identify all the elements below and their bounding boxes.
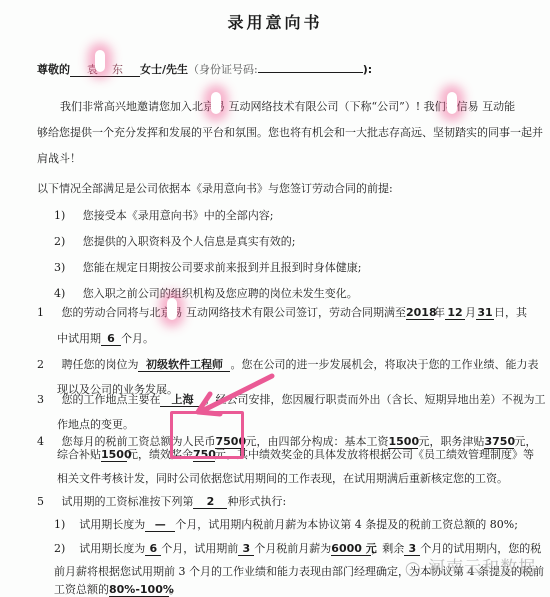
clause-text: 您的工作地点主要在 xyxy=(61,393,160,406)
condition-number: 4) xyxy=(54,287,65,300)
probation-months: 6 xyxy=(101,332,121,346)
salutation-prefix: 尊敬的 xyxy=(37,63,70,76)
conditions-heading: 以下情况全部满足是公司依据本《录用意向书》与您签订劳动合同的前提: xyxy=(37,182,393,196)
clause-number: 4 xyxy=(37,435,44,448)
clause-4-line-1: 4 您每月的税前工资总额为人民币7500元，由四部分构成：基本工资1500元，职… xyxy=(37,435,536,449)
first-months-field: 3 xyxy=(238,542,254,556)
first-salary-field: 6000 元 xyxy=(331,542,371,556)
redaction-blur xyxy=(211,92,221,114)
clause-3-line-2: 作地点的变更。 xyxy=(57,418,134,432)
condition-item: 2) 您提供的入职资料及个人信息是真实有效的; xyxy=(54,235,296,249)
clause-text: 试用期的工资标准按下列第 xyxy=(61,495,193,508)
watermark-text: 河南云和数据 xyxy=(428,558,536,578)
condition-text: 您提供的入职资料及个人信息是真实有效的; xyxy=(83,235,296,248)
option-2-length-field: 6 xyxy=(145,542,161,556)
clause-1-line-1: 1 您的劳动合同将与北京易 互动网络技术有限公司签订，劳动合同期满至2018年1… xyxy=(37,306,527,320)
option-text: 个月，试用期内税前月薪为本协议第 4 条提及的税前工资总额的 80%; xyxy=(175,518,518,531)
clause-1-line-2: 中试用期6个月。 xyxy=(57,332,154,346)
clause-text: 综合补贴 xyxy=(57,448,101,461)
gender-label: 女士/先生 xyxy=(140,63,188,76)
condition-text: 您入职之前公司的组织机构及您应聘的岗位未发生变化。 xyxy=(83,287,358,300)
clause-number: 5 xyxy=(37,495,44,508)
option-1-length-field: — xyxy=(145,518,175,532)
contract-end-year: 2018 xyxy=(406,306,434,320)
clause-5-option-2-line-3: 工资总额的80%-100%。 xyxy=(54,583,180,597)
contract-end-month: 12 xyxy=(445,306,465,320)
option-text: ，剩余 xyxy=(371,542,404,555)
clause-2-line-1: 2 聘任您的岗位为初级软件工程师。您在公司的进一步发展机会，将取决于您的工作业绩… xyxy=(37,358,538,372)
clause-5-line-1: 5 试用期的工资标准按下列第2种形式执行: xyxy=(37,495,286,509)
clause-3-line-1: 3 您的工作地点主要在上海。经公司安排，您因履行职责而外出（含长、短期异地出差）… xyxy=(37,393,545,407)
option-text: 试用期长度为 xyxy=(79,518,145,531)
contract-end-day: 31 xyxy=(476,306,494,320)
watermark: ◯ 河南云和数据 xyxy=(405,553,536,578)
condition-text: 您能在规定日期按公司要求前来报到并且报到时身体健康; xyxy=(83,261,362,274)
clause-text: 您的劳动合同将与北京易 互动网络技术有限公司签订，劳动合同期满至 xyxy=(61,306,406,319)
redaction-blur xyxy=(447,92,457,114)
day-unit: 日，其 xyxy=(494,306,527,319)
clause-text: 聘任您的岗位为 xyxy=(61,358,138,371)
year-unit: 年 xyxy=(434,306,445,319)
redaction-blur xyxy=(95,50,105,72)
month-unit: 月 xyxy=(465,306,476,319)
clause-number: 1 xyxy=(37,306,44,319)
offer-letter-page: 录用意向书 尊敬的袁 东女士/先生（身份证号码:): 我们非常高兴地邀请您加入北… xyxy=(0,0,550,597)
clause-4-line-2: 综合补贴1500元，绩效奖金750元。其中绩效奖金的具体发放将根据公司《员工绩效… xyxy=(57,448,534,462)
document-title: 录用意向书 xyxy=(0,10,550,33)
intro-line-3: 肩战斗！ xyxy=(37,152,81,166)
condition-number: 3) xyxy=(54,261,65,274)
clause-text: 元，由四部分构成：基本工资 xyxy=(245,435,388,448)
base-salary-field: 1500 xyxy=(388,435,418,449)
condition-text: 您接受本《录用意向书》中的全部内容; xyxy=(83,209,274,222)
wechat-icon: ◯ xyxy=(405,561,422,577)
condition-item: 3) 您能在规定日期按公司要求前来报到并且报到时身体健康; xyxy=(54,261,362,275)
redaction-blur xyxy=(167,298,177,320)
clause-number: 3 xyxy=(37,393,44,406)
clause-text: 元，职务津贴 xyxy=(418,435,484,448)
salutation-line: 尊敬的袁 东女士/先生（身份证号码:): xyxy=(37,63,372,77)
option-text: 。 xyxy=(169,583,180,596)
subsidy-field: 1500 xyxy=(101,448,127,462)
salary-highlight-box xyxy=(170,411,244,459)
clause-text: 种形式执行: xyxy=(227,495,286,508)
allowance-field: 3750 xyxy=(484,435,514,449)
position-field: 初级软件工程师 xyxy=(138,358,230,372)
clause-number: 2 xyxy=(37,358,44,371)
clause-text: 个月。 xyxy=(121,332,154,345)
condition-number: 1) xyxy=(54,209,65,222)
id-number-field xyxy=(258,72,363,73)
clause-4-line-3: 相关文件考核计发，同时公司依据您试用期间的工作表现，在试用期满后重新核定您的工资… xyxy=(57,472,508,486)
condition-item: 1) 您接受本《录用意向书》中的全部内容; xyxy=(54,209,274,223)
option-text: 试用期长度为 xyxy=(79,542,145,555)
clause-text: 。您在公司的进一步发展机会，将取决于您的工作业绩、能力表 xyxy=(230,358,538,371)
clause-text: 元， xyxy=(514,435,536,448)
id-close: ): xyxy=(363,63,372,76)
option-text: 个月，试用期前 xyxy=(161,542,238,555)
option-text: 工资总额的 xyxy=(54,583,109,596)
condition-item: 4) 您入职之前公司的组织机构及您应聘的岗位未发生变化。 xyxy=(54,287,358,301)
clause-text: 中试用期 xyxy=(57,332,101,345)
salary-range-field: 80%-100% xyxy=(109,583,169,597)
recipient-name-field: 袁 东 xyxy=(70,63,140,77)
id-label: （身份证号码: xyxy=(188,63,258,76)
condition-number: 2) xyxy=(54,235,65,248)
option-number: 1) xyxy=(54,518,65,531)
salary-form-field: 2 xyxy=(193,495,227,509)
option-text: 个月税前月薪为 xyxy=(254,542,331,555)
clause-5-option-1: 1) 试用期长度为—个月，试用期内税前月薪为本协议第 4 条提及的税前工资总额的… xyxy=(54,518,518,532)
intro-line-2: 够给您提供一个充分发挥和发展的平台和氛围。您也将有机会和一大批志存高远、坚韧踏实… xyxy=(37,126,543,140)
clause-text: 元。其中绩效奖金的具体发放将根据公司《员工绩效管理制度》等 xyxy=(215,448,534,461)
name-part2: 东 xyxy=(112,63,123,76)
option-number: 2) xyxy=(54,542,65,555)
